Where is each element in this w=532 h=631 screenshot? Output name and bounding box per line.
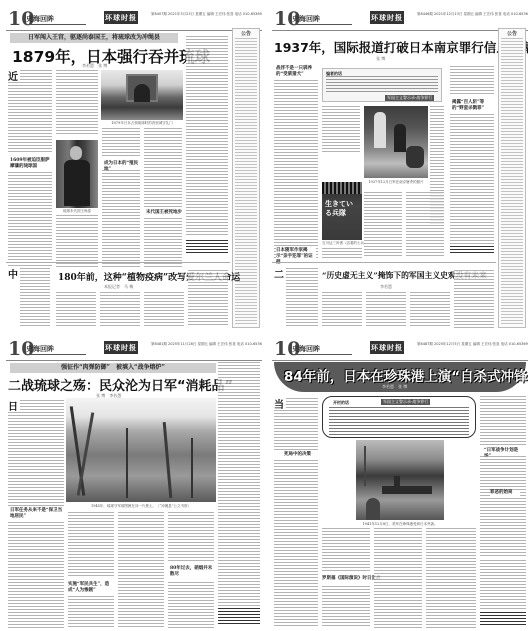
text-column [20,70,52,80]
series-tag: 军国主义警示录·战争罪行 [381,399,430,405]
masthead: 10 史海回眸 环球时报 第8446期 2021年12月13日 星期五 编辑 王… [272,8,528,30]
text-column [68,596,114,628]
text-column [406,192,444,258]
text-column [8,82,52,154]
text-column [410,292,450,328]
text-column [168,582,214,628]
issue-meta: 第8487期 2025年12月5日 星期五 编辑 王宏伟 张喜 电话 010-6… [417,342,528,347]
series-tag: 军国主义警示录·战争罪行 [385,95,434,101]
headline-banner: 84年前，日本在珍珠港上演“自杀式冲锋” 李若愚 张 博 [274,362,526,392]
newspaper-logo: 环球时报 [104,11,138,24]
text-column [8,522,64,628]
photo-okinawa-ruins [66,398,216,502]
divider [6,262,230,263]
subhead: 罪恶的始局 [490,490,520,496]
text-column [8,412,64,506]
divider [272,262,496,263]
text-column [8,172,52,268]
text-column [274,410,318,450]
divider [292,24,352,25]
text-column [218,362,260,606]
book-title: 生きている兵隊 [325,200,359,218]
text-column [102,128,140,158]
text-column [100,292,140,326]
text-column [322,292,362,328]
divider [26,24,86,25]
photo-book-cover: 生きている兵隊 [322,182,362,240]
photo-portrait [56,140,98,208]
byline: 张 博 [376,56,385,62]
divider [26,354,86,355]
text-column [286,398,318,408]
text-column [186,36,228,236]
photo-caption: 1879年日本占领琉球时的首里城守礼门 [101,121,183,126]
text-column [20,268,50,326]
text-column [366,292,406,328]
subhead: 末代国王被死地步 [146,210,182,216]
bold-note [480,612,526,626]
text-column [322,248,362,258]
text-column [364,192,402,258]
dropcap: 中 [8,266,18,281]
headline: 1879年，日本强行吞并琉球 [12,45,210,67]
notice-sidebar: 公告 [232,28,260,328]
editor-note-box: 开栏的话 军国主义警示录·战争罪行 [322,396,476,438]
text-column [144,128,182,208]
kicker: 强征作“肉弹防御” 被填入“战争熔炉” [10,363,216,373]
photo-caption: 1937年12月日军在南京屠杀的照片 [364,180,428,185]
dropcap: 当 [274,396,284,411]
masthead: 10 史海回眸 环球时报 第8481期 2025年11月28日 星期五 编辑 王… [6,338,262,360]
divider [272,360,528,361]
text-column [56,215,98,268]
dropcap: 近 [8,68,18,83]
section-name: 史海回眸 [26,14,54,24]
subhead: 1609年被迫臣服萨摩藩的琉球国 [10,158,52,170]
newspaper-page-1937-nanjing: 10 史海回眸 环球时报 第8446期 2021年12月13日 星期五 编辑 王… [272,8,528,330]
issue-meta: 第8446期 2021年12月13日 星期五 编辑 王宏伟 张喜 电话 010-… [417,12,528,17]
subhead: 罗斯福《国际演说》时日宣战 [322,576,382,582]
text-column [480,560,526,610]
photo-pearl-harbor [356,440,444,520]
newspaper-logo: 环球时报 [370,341,404,354]
notice-text [501,38,523,325]
dropcap: 二 [274,266,284,281]
section-name: 史海回眸 [292,14,320,24]
text-column [286,268,318,328]
dropcap: 日 [8,398,18,413]
section-name: 史海回眸 [292,344,320,354]
text-column [480,396,526,446]
photo-nanjing [364,106,428,178]
byline: 李若愚 张 博 [382,384,407,390]
subhead: 揭露“百人斩”等的“野蛮杀戮罪” [452,100,492,112]
text-column [102,170,140,268]
photo-shuri-gate [101,70,183,120]
divider [272,30,528,31]
subhead: 日军任务从来不是“保卫当地居民” [10,508,64,520]
bold-note [186,240,228,254]
photo-caption: 1945年，琉球守军被围困在冲一片焦土。（“冲绳县”公文书馆） [66,504,216,509]
photo-caption: 石川达三所著《活着的士兵》 [322,241,362,246]
section-name: 史海回眸 [26,344,54,354]
issue-meta: 第8407期 2021年3月23日 星期五 编辑 王宏伟 张喜 电话 010-6… [151,12,262,17]
subhead: 死局中的决策 [284,452,318,458]
text-column [56,292,96,326]
text-column [374,528,422,628]
text-column [322,586,370,628]
bold-note [218,608,260,626]
text-column [56,70,98,136]
newspaper-logo: 环球时报 [104,341,138,354]
bold-note [450,246,494,254]
text-column [144,218,182,268]
text-column [322,528,370,572]
headline: 84年前，日本在珍珠港上演“自杀式冲锋” [284,365,528,385]
newspaper-page-okinawa-battle: 10 史海回眸 环球时报 第8481期 2025年11月28日 星期五 编辑 王… [6,338,262,631]
headline: 1937年，国际报道打破日本南京罪行信息铁幕 [274,38,528,56]
newspaper-page-pearl-harbor: 10 史海回眸 环球时报 第8487期 2025年12月5日 星期五 编辑 王宏… [272,338,528,631]
sidebar-title: 公告 [499,29,525,37]
editor-note-label: 开栏的话 [333,400,349,406]
text-column [274,460,318,628]
text-column [274,80,318,258]
text-column [168,512,214,562]
divider [6,360,262,361]
kicker: 日军闯入王宫，驱逐尚泰国王，将琉球改为冲绳县 [10,33,178,43]
sidebar-title: 公告 [233,29,259,37]
byline: 本报记者 马 梅 [104,284,133,290]
editor-note-text [329,407,469,435]
issue-meta: 第8481期 2025年11月28日 星期五 编辑 王宏伟 张喜 电话 010-… [151,342,262,347]
editor-note-box: 编者的话 军国主义警示录·战争罪行 [322,68,442,102]
editor-note-text [326,76,438,94]
masthead: 10 史海回眸 环球时报 第8487期 2025年12月5日 星期五 编辑 王宏… [272,338,528,360]
newspaper-logo: 环球时报 [370,11,404,24]
text-column [68,512,114,578]
byline: 李若愚 张 博 [82,63,107,69]
newspaper-page-1879-ryukyu: 10 史海回眸 环球时报 第8407期 2021年3月23日 星期五 编辑 王宏… [6,8,262,330]
photo-caption: 琉球末代国王尚泰 [56,209,98,214]
divider [6,30,262,31]
masthead: 10 史海回眸 环球时报 第8407期 2021年3月23日 星期五 编辑 王宏… [6,8,262,30]
text-column [450,114,494,244]
text-column [322,106,360,152]
text-column [480,456,526,556]
text-column [20,400,64,410]
notice-sidebar: 公告 [498,28,526,328]
subhead: 日本随军作家揭示“亲手犯罪”的证据 [276,248,316,266]
divider [292,354,352,355]
text-column [450,66,494,96]
text-column [426,528,476,628]
photo-caption: 1941年12月8日，美军在珍珠港受到日本突袭。 [332,522,468,527]
headline: 二战琉球之殇：民众沦为日军“消耗品” [8,375,233,394]
text-column [188,270,228,326]
text-column [454,270,494,328]
text-column [118,512,164,628]
subhead: 80年过去，硝烟并未散尽 [170,566,214,578]
text-column [144,292,184,326]
subhead: 实施“军民共生”，造成“人为惨剧” [68,582,114,594]
byline: 李若愚 [380,284,392,290]
subhead: 战俘不是一只驯养的“受驯猎犬” [276,66,316,78]
